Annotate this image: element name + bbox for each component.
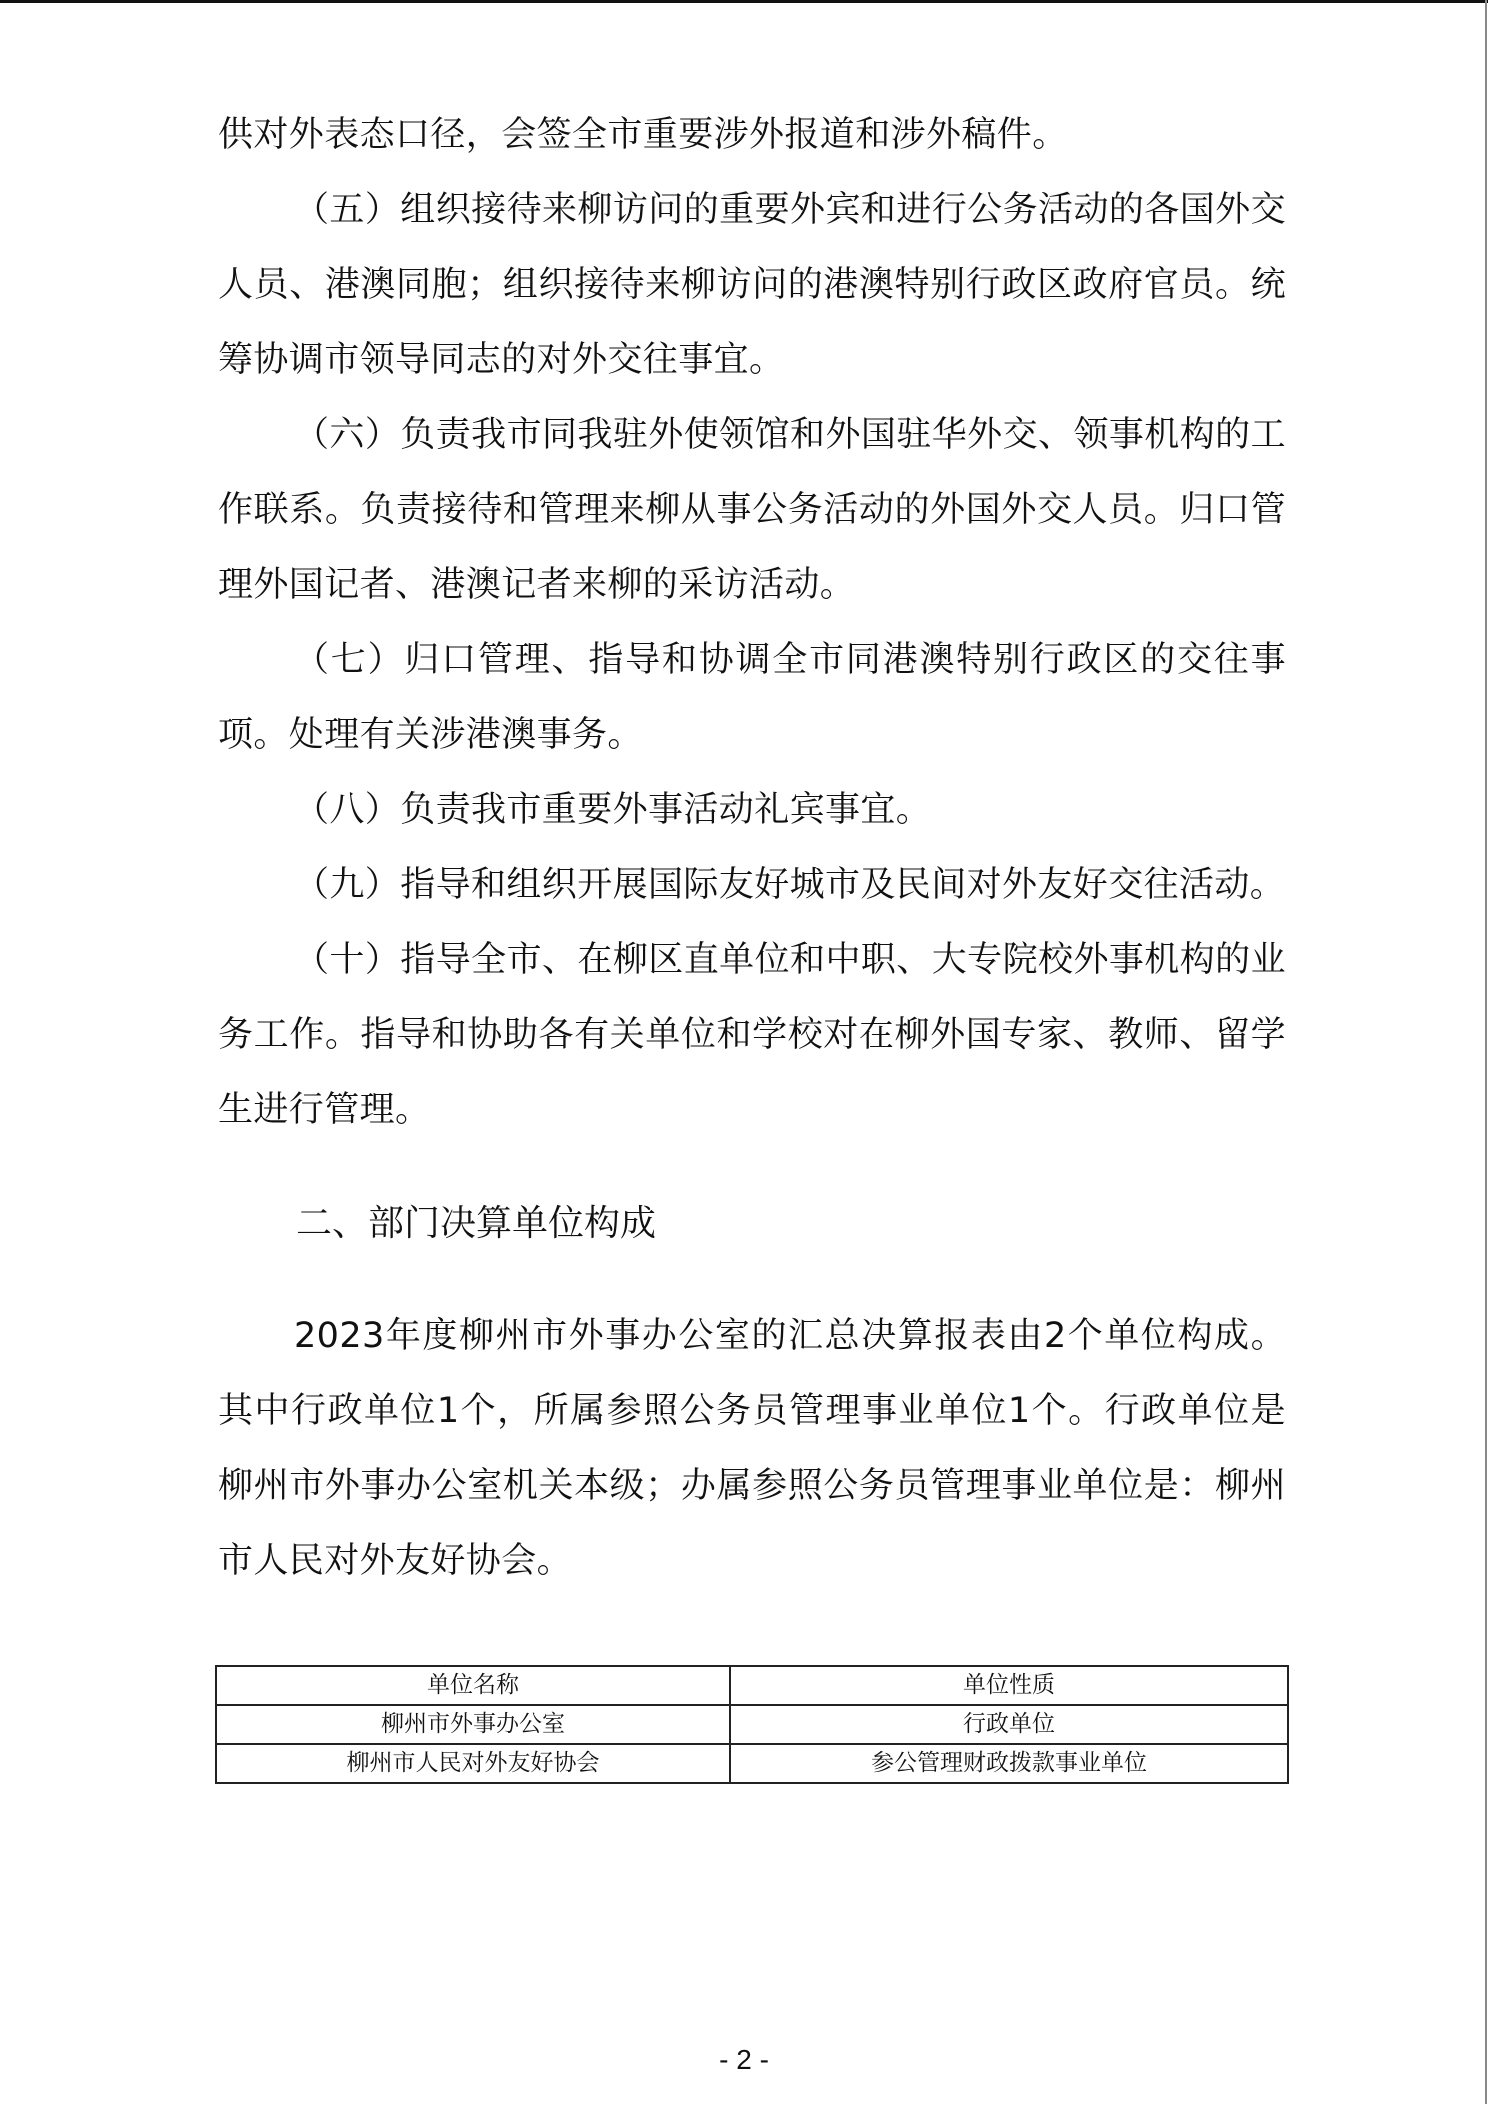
table-row: 柳州市人民对外友好协会 参公管理财政拨款事业单位 (216, 1744, 1288, 1783)
page-top-border (0, 0, 1488, 3)
table-header-cell: 单位性质 (730, 1666, 1288, 1705)
table-row: 柳州市外事办公室 行政单位 (216, 1705, 1288, 1744)
paragraph-item-9: （九）指导和组织开展国际友好城市及民间对外友好交往活动。 (218, 848, 1286, 923)
paragraph-item-7: （七）归口管理、指导和协调全市同港澳特别行政区的交往事项。处理有关涉港澳事务。 (218, 623, 1286, 773)
page-right-border (1485, 0, 1487, 2104)
table-cell: 柳州市人民对外友好协会 (216, 1744, 730, 1783)
paragraph-item-8: （八）负责我市重要外事活动礼宾事宜。 (218, 773, 1286, 848)
document-body: 供对外表态口径，会签全市重要涉外报道和涉外稿件。 （五）组织接待来柳访问的重要外… (218, 98, 1286, 1599)
section-heading: 二、部门决算单位构成 (218, 1186, 1286, 1261)
table-cell: 行政单位 (730, 1705, 1288, 1744)
unit-composition-table: 单位名称 单位性质 柳州市外事办公室 行政单位 柳州市人民对外友好协会 参公管理… (215, 1665, 1289, 1784)
paragraph-item-5: （五）组织接待来柳访问的重要外宾和进行公务活动的各国外交人员、港澳同胞；组织接待… (218, 173, 1286, 398)
paragraph-continuation: 供对外表态口径，会签全市重要涉外报道和涉外稿件。 (218, 98, 1286, 173)
paragraph-item-10: （十）指导全市、在柳区直单位和中职、大专院校外事机构的业务工作。指导和协助各有关… (218, 923, 1286, 1148)
paragraph-item-6: （六）负责我市同我驻外使领馆和外国驻华外交、领事机构的工作联系。负责接待和管理来… (218, 398, 1286, 623)
section-paragraph: 2023年度柳州市外事办公室的汇总决算报表由2个单位构成。其中行政单位1个，所属… (218, 1299, 1286, 1599)
table-header-row: 单位名称 单位性质 (216, 1666, 1288, 1705)
table-cell: 柳州市外事办公室 (216, 1705, 730, 1744)
page-number: - 2 - (0, 2044, 1488, 2076)
table-header-cell: 单位名称 (216, 1666, 730, 1705)
table-cell: 参公管理财政拨款事业单位 (730, 1744, 1288, 1783)
